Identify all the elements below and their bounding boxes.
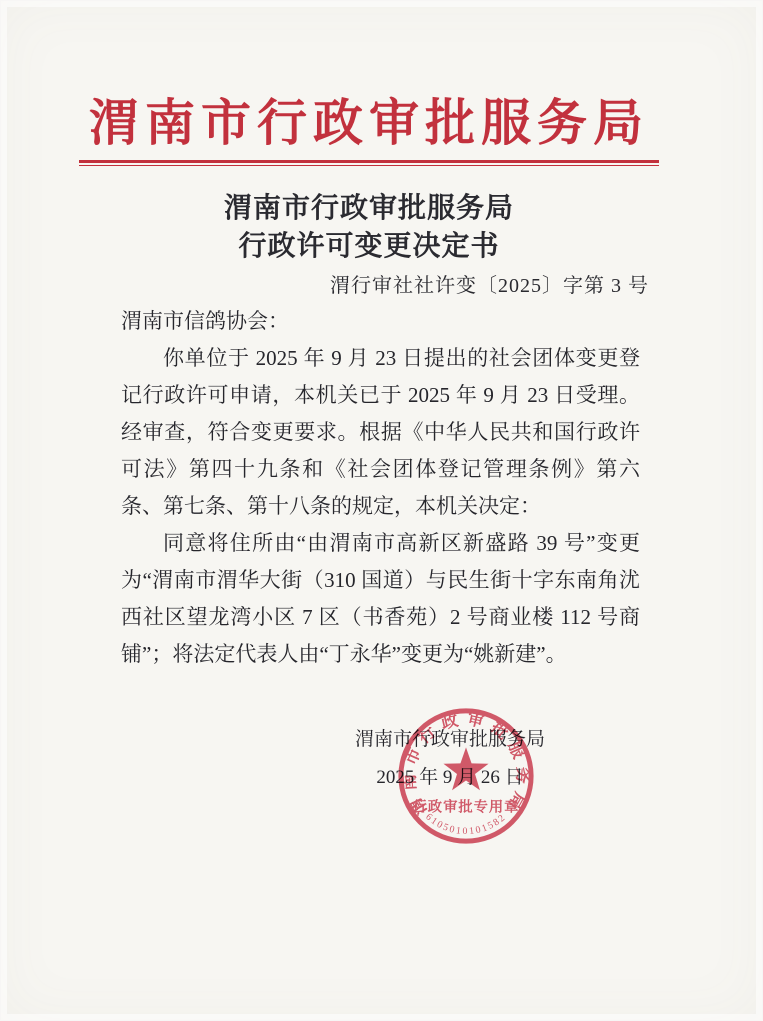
body-paragraph: 同意将住所由“由渭南市高新区新盛路 39 号”变更为“渭南市渭华大街（310 国… [121, 525, 640, 673]
document-title-line1: 渭南市行政审批服务局 [79, 190, 659, 228]
seal-center-label: 行政审批专用章 [413, 798, 520, 816]
salutation: 渭南市信鸽协会： [121, 303, 640, 340]
document-body: 渭南市信鸽协会： 你单位于 2025 年 9 月 23 日提出的社会团体变更登记… [121, 303, 640, 673]
agency-letterhead-title: 渭南市行政审批服务局 [79, 94, 659, 152]
official-seal: 渭南市行政审批服务局 行政审批专用章 6105010101582 [392, 702, 540, 850]
letterhead-divider-rule [79, 160, 659, 163]
document-title-line2: 行政许可变更决定书 [79, 228, 659, 266]
document-reference-number: 渭行审社社许变〔2025〕字第 3 号 [330, 269, 649, 298]
star-icon [443, 747, 488, 790]
scanned-document-page: 渭南市行政审批服务局 渭南市行政审批服务局 行政许可变更决定书 渭行审社社许变〔… [0, 0, 763, 1021]
body-paragraph: 你单位于 2025 年 9 月 23 日提出的社会团体变更登记行政许可申请，本机… [121, 340, 640, 525]
document-title: 渭南市行政审批服务局 行政许可变更决定书 [79, 190, 659, 266]
